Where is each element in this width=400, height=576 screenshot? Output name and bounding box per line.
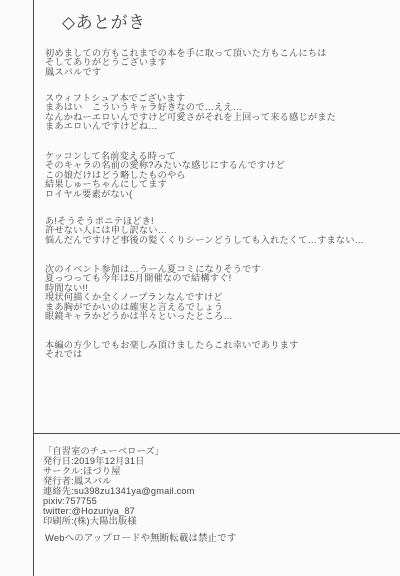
text-line: まあエロいんですけどね… — [45, 122, 336, 131]
no-upload-notice: Webへのアップロードや無断転載は禁止です — [45, 533, 236, 543]
colophon-printer: 印刷所:(株)大陽出版様 — [43, 516, 195, 526]
text-line: ロイヤル要素がない( — [45, 190, 285, 199]
colophon-book-title: 「自習室のチューベローズ」 — [43, 446, 195, 456]
colophon-pixiv-id: pixiv:757755 — [43, 496, 195, 506]
colophon-publisher: 発行者:鳳スバル — [43, 476, 195, 486]
afterword-paragraph-closing: 本編の方少しでもお楽しみ頂けましたらこれ幸いであります それでは — [45, 341, 298, 360]
afterword-title: ◇あとがき — [62, 13, 146, 33]
left-margin-rule — [33, 0, 34, 576]
text-line: それでは — [45, 350, 298, 359]
afterword-paragraph-book: スウィフトシュア本でございます まあはい こういうキャラ好きなので…ええ… なん… — [45, 94, 336, 132]
colophon-contact-email: 連絡先:su398zu1341ya@gmail.com — [43, 486, 195, 496]
colophon: 「自習室のチューベローズ」 発行日:2019年12月31日 サークル:ほづり屋 … — [43, 446, 195, 526]
text-line: 悩んだんですけど事後の髪くくりシーンどうしても入れたくて…すまない… — [45, 236, 364, 245]
afterword-paragraph-greeting: 初めましての方もこれまでの本を手に取って頂いた方もこんにちは そしてありがとうご… — [45, 49, 327, 77]
colophon-twitter-handle: twitter:@Hozuriya_87 — [43, 506, 195, 516]
text-line: 眼鏡キャラかどうかは半々といったところ… — [45, 312, 261, 321]
colophon-circle: サークル:ほづり屋 — [43, 466, 195, 476]
colophon-divider — [34, 433, 400, 434]
afterword-page: ◇あとがき 初めましての方もこれまでの本を手に取って頂いた方もこんにちは そして… — [0, 0, 400, 576]
text-line: 本編の方少しでもお楽しみ頂けましたらこれ幸いであります — [45, 341, 298, 350]
afterword-paragraph-nickname: ケッコンして名前変える時って そのキャラの名前の愛称?みたいな感じにするんですけ… — [45, 152, 285, 199]
colophon-publish-date: 発行日:2019年12月31日 — [43, 456, 195, 466]
afterword-paragraph-next-event: 次のイベント参加は…うーん夏コミになりそうです 夏っつっても今年は5月開催なので… — [45, 265, 261, 321]
afterword-paragraph-ponytail: あ!そうそうポニテほどき! 許せない人には申し訳ない… 悩んだんですけど事後の髪… — [45, 217, 364, 245]
text-line: 鳳スバルです — [45, 68, 327, 77]
